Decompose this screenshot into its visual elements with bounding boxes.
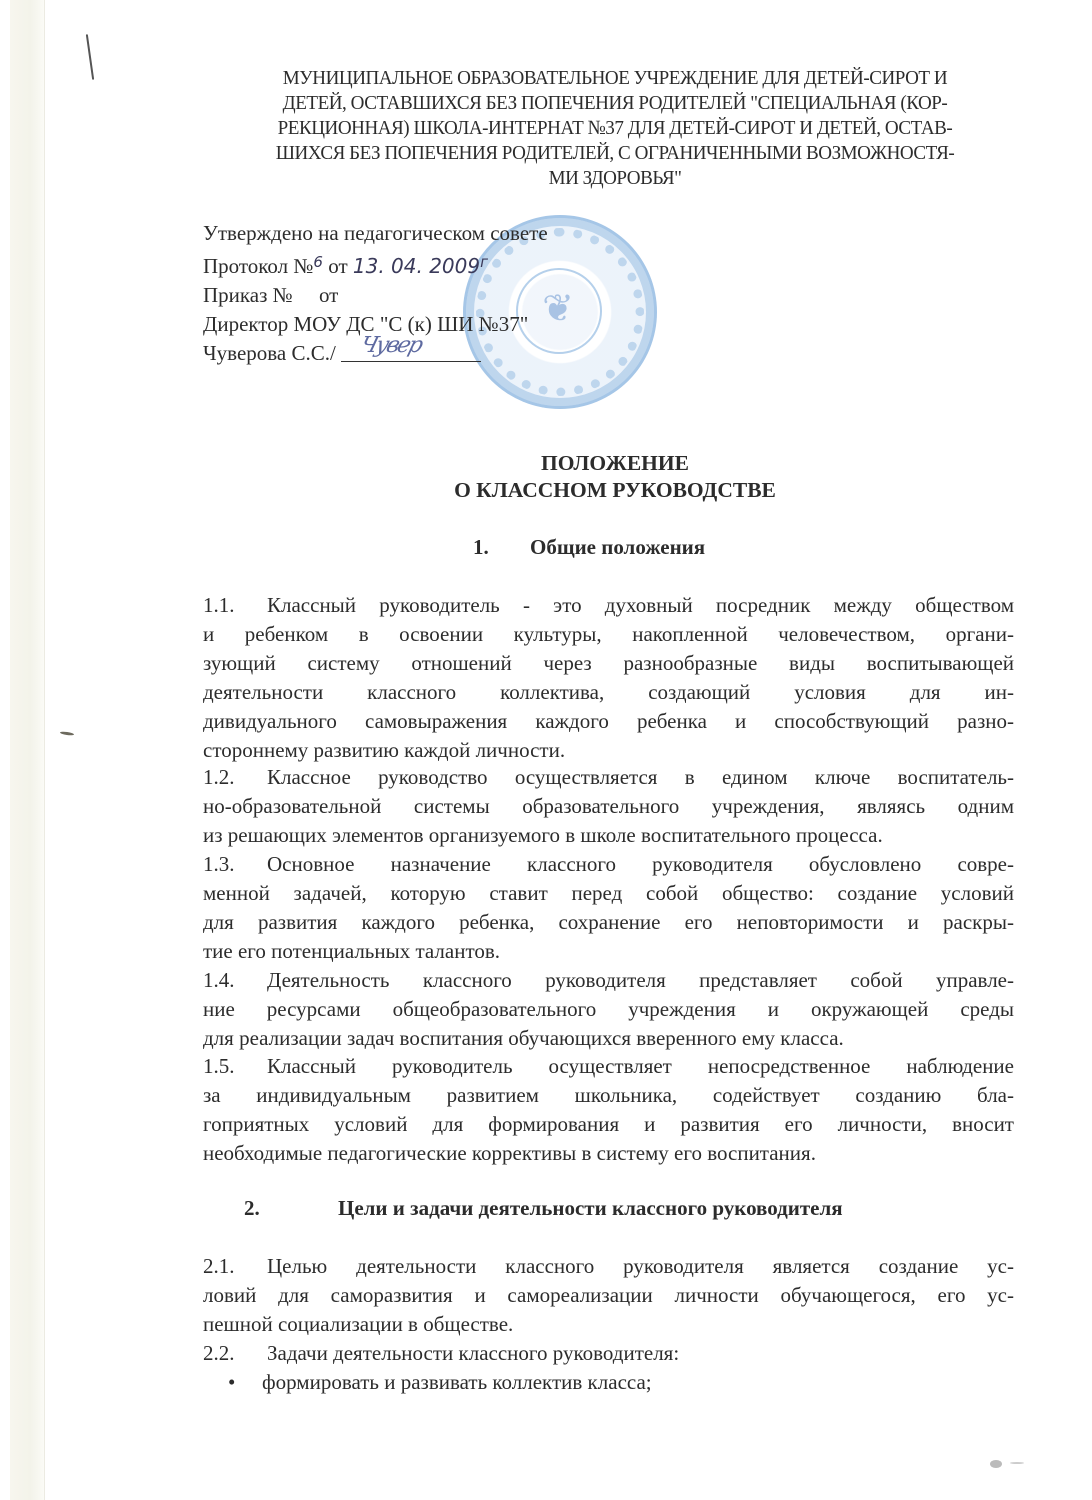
- paragraph-line: необходимые педагогические коррективы в …: [203, 1139, 1014, 1168]
- paragraph-line: деятельности классного коллектива, созда…: [203, 678, 1014, 707]
- order-label: Приказ №: [203, 283, 293, 307]
- paragraph-line: для развития каждого ребенка, сохранение…: [203, 908, 1014, 937]
- header-line: ДЕТЕЙ, ОСТАВШИХСЯ БЕЗ ПОПЕЧЕНИЯ РОДИТЕЛЕ…: [229, 91, 1001, 116]
- paragraph-line: гоприятных условий для формирования и ра…: [203, 1110, 1014, 1139]
- paragraph-line: и ребенком в освоении культуры, накоплен…: [203, 620, 1014, 649]
- protocol-from: от: [328, 254, 347, 278]
- director-signature-line: Чуверова С.С./ Чувер: [203, 339, 548, 368]
- paragraph-2-2: 2.2.Задачи деятельности классного руково…: [203, 1339, 1014, 1368]
- section-number: 2.: [244, 1196, 338, 1221]
- paragraph-line: дивидуального самовыражения каждого ребе…: [203, 707, 1014, 736]
- document-page: МУНИЦИПАЛЬНОЕ ОБРАЗОВАТЕЛЬНОЕ УЧРЕЖДЕНИЕ…: [0, 0, 1092, 1500]
- document-title: ПОЛОЖЕНИЕ О КЛАССНОМ РУКОВОДСТВЕ: [200, 450, 1030, 504]
- protocol-number: 6: [313, 253, 323, 271]
- approval-block: Утверждено на педагогическом совете Прот…: [203, 219, 548, 368]
- paragraph-line: ние ресурсами общеобразовательного учреж…: [203, 995, 1014, 1024]
- title-line: О КЛАССНОМ РУКОВОДСТВЕ: [200, 477, 1030, 504]
- paragraph-line: стороннему развитию каждой личности.: [203, 736, 1014, 765]
- order-from: от: [319, 283, 338, 307]
- section-number: 1.: [473, 535, 530, 560]
- section-heading-2: 2.Цели и задачи деятельности классного р…: [244, 1196, 843, 1221]
- paragraph-2-1: 2.1.Целью деятельности классного руковод…: [203, 1252, 1014, 1339]
- paragraph-line: 1.1.Классный руководитель - это духовный…: [203, 591, 1014, 620]
- paragraph-number: 1.1.: [203, 591, 267, 620]
- approved-by: Утверждено на педагогическом совете: [203, 219, 548, 248]
- header-line: ШИХСЯ БЕЗ ПОПЕЧЕНИЯ РОДИТЕЛЕЙ, С ОГРАНИЧ…: [229, 141, 1001, 166]
- protocol-label: Протокол №: [203, 254, 313, 278]
- bullet-item: •формировать и развивать коллектив класс…: [228, 1368, 652, 1397]
- paragraph-line: 2.2.Задачи деятельности классного руково…: [203, 1339, 1014, 1368]
- protocol-date: 13. 04. 2009: [353, 254, 480, 278]
- paragraph-line: зующий систему отношений через разнообра…: [203, 649, 1014, 678]
- paragraph-line: для реализации задач воспитания обучающи…: [203, 1024, 1014, 1053]
- paragraph-1-1: 1.1.Классный руководитель - это духовный…: [203, 591, 1014, 765]
- paragraph-1-3: 1.3.Основное назначение классного руково…: [203, 850, 1014, 966]
- institution-header: МУНИЦИПАЛЬНОЕ ОБРАЗОВАТЕЛЬНОЕ УЧРЕЖДЕНИЕ…: [229, 66, 1001, 191]
- bullet-text: формировать и развивать коллектив класса…: [262, 1370, 652, 1394]
- paragraph-number: 1.4.: [203, 966, 267, 995]
- paragraph-line: менной задачей, которую ставит перед соб…: [203, 879, 1014, 908]
- protocol-line: Протокол №6 от 13. 04. 2009г: [203, 248, 548, 281]
- paragraph-line: 1.3.Основное назначение классного руково…: [203, 850, 1014, 879]
- signature-underline: Чувер: [341, 343, 481, 362]
- header-line: МУНИЦИПАЛЬНОЕ ОБРАЗОВАТЕЛЬНОЕ УЧРЕЖДЕНИЕ…: [229, 66, 1001, 91]
- paragraph-1-2: 1.2.Классное руководство осуществляется …: [203, 763, 1014, 850]
- paragraph-number: 1.2.: [203, 763, 267, 792]
- paragraph-line: 2.1.Целью деятельности классного руковод…: [203, 1252, 1014, 1281]
- header-line: МИ ЗДОРОВЬЯ": [229, 166, 1001, 191]
- paragraph-line: пешной социализации в обществе.: [203, 1310, 1014, 1339]
- paragraph-line: 1.2.Классное руководство осуществляется …: [203, 763, 1014, 792]
- paragraph-line: за индивидуальным развитием школьника, с…: [203, 1081, 1014, 1110]
- paragraph-1-5: 1.5.Классный руководитель осуществляет н…: [203, 1052, 1014, 1168]
- bullet-icon: •: [228, 1368, 262, 1397]
- section-title: Цели и задачи деятельности классного рук…: [338, 1196, 843, 1220]
- section-title: Общие положения: [530, 535, 705, 559]
- paragraph-number: 2.1.: [203, 1252, 267, 1281]
- paragraph-number: 1.3.: [203, 850, 267, 879]
- paragraph-line: ловий для саморазвития и самореализации …: [203, 1281, 1014, 1310]
- paragraph-1-4: 1.4.Деятельность классного руководителя …: [203, 966, 1014, 1053]
- paragraph-line: тие его потенциальных талантов.: [203, 937, 1014, 966]
- paragraph-line: 1.5.Классный руководитель осуществляет н…: [203, 1052, 1014, 1081]
- paragraph-number: 2.2.: [203, 1339, 267, 1368]
- protocol-date-suffix: г: [480, 253, 488, 271]
- order-line: Приказ № от: [203, 281, 548, 310]
- header-line: РЕКЦИОННАЯ) ШКОЛА-ИНТЕРНАТ №37 ДЛЯ ДЕТЕЙ…: [229, 116, 1001, 141]
- paragraph-line: но-образовательной системы образовательн…: [203, 792, 1014, 821]
- paragraph-number: 1.5.: [203, 1052, 267, 1081]
- handwritten-signature: Чувер: [357, 331, 424, 360]
- paragraph-line: из решающих элементов организуемого в шк…: [203, 821, 1014, 850]
- paragraph-line: 1.4.Деятельность классного руководителя …: [203, 966, 1014, 995]
- section-heading-1: 1.Общие положения: [473, 535, 705, 560]
- title-line: ПОЛОЖЕНИЕ: [200, 450, 1030, 477]
- director-name: Чуверова С.С./: [203, 341, 336, 365]
